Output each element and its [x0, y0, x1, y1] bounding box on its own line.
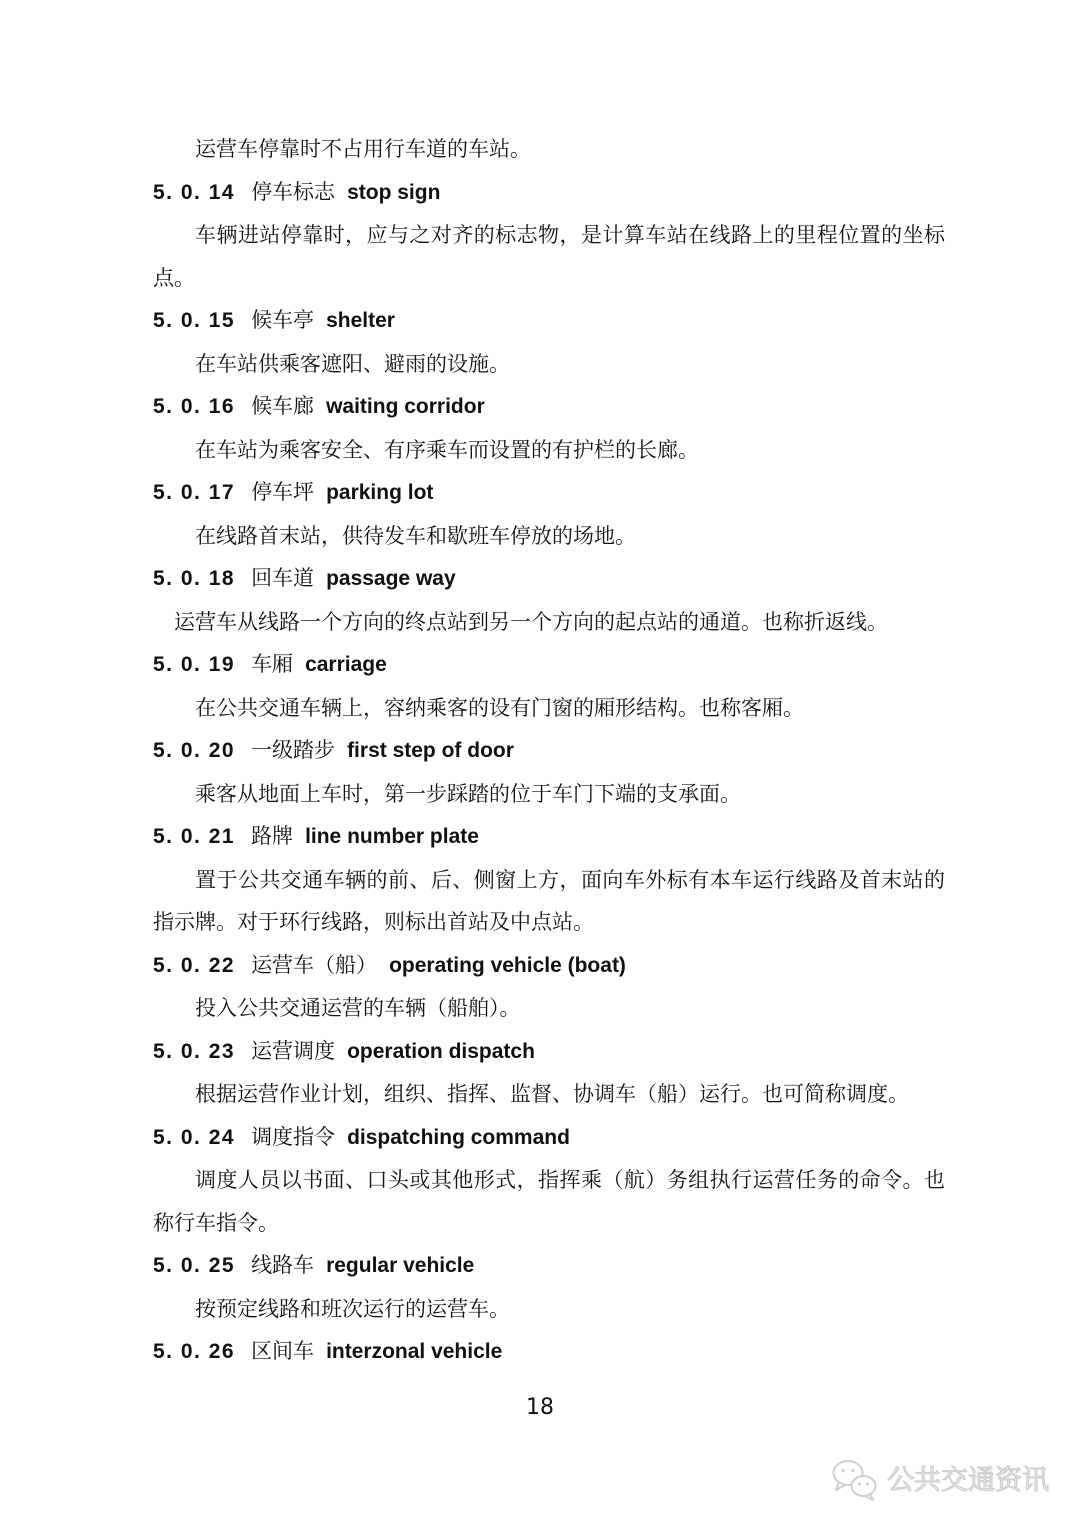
term-entry-5-0-19: 5. 0. 19车厢carriage 在公共交通车辆上，容纳乘客的设有门窗的厢形… [153, 643, 945, 729]
term-zh: 一级踏步 [251, 738, 335, 762]
term-definition: 乘客从地面上车时，第一步踩踏的位于车门下端的支承面。 [153, 773, 945, 816]
term-definition: 置于公共交通车辆的前、后、侧窗上方，面向车外标有本车运行线路及首末站的指示牌。对… [153, 859, 945, 944]
term-entry-5-0-14: 5. 0. 14停车标志stop sign 车辆进站停靠时，应与之对齐的标志物，… [153, 171, 945, 300]
term-heading: 5. 0. 17停车坪parking lot [153, 471, 945, 515]
term-en: waiting corridor [326, 395, 485, 418]
term-zh: 运营调度 [251, 1039, 335, 1063]
term-number: 5. 0. 21 [153, 825, 235, 848]
term-en: interzonal vehicle [326, 1340, 502, 1363]
term-heading: 5. 0. 23运营调度operation dispatch [153, 1030, 945, 1074]
term-definition: 根据运营作业计划，组织、指挥、监督、协调车（船）运行。也可简称调度。 [153, 1073, 945, 1116]
term-heading: 5. 0. 25线路车regular vehicle [153, 1244, 945, 1288]
term-heading: 5. 0. 24调度指令dispatching command [153, 1116, 945, 1160]
term-en: parking lot [326, 481, 433, 504]
term-definition: 在车站供乘客遮阳、避雨的设施。 [153, 343, 945, 386]
wechat-chat-bubbles-icon [831, 1458, 879, 1504]
term-heading: 5. 0. 26区间车interzonal vehicle [153, 1330, 945, 1374]
intro-paragraph: 运营车停靠时不占用行车道的车站。 [153, 128, 945, 171]
watermark-label: 公共交通资讯 [887, 1458, 1049, 1504]
term-number: 5. 0. 23 [153, 1040, 235, 1063]
term-en: regular vehicle [326, 1254, 474, 1277]
term-heading: 5. 0. 15候车亭shelter [153, 299, 945, 343]
term-en: shelter [326, 309, 395, 332]
term-entry-5-0-21: 5. 0. 21路牌line number plate 置于公共交通车辆的前、后… [153, 815, 945, 944]
term-entry-5-0-26: 5. 0. 26区间车interzonal vehicle [153, 1330, 945, 1374]
term-zh: 停车坪 [251, 480, 314, 504]
term-en: line number plate [305, 825, 479, 848]
document-page: 运营车停靠时不占用行车道的车站。 5. 0. 14停车标志stop sign 车… [0, 0, 1080, 1527]
watermark: 公共交通资讯 [831, 1458, 1049, 1504]
term-entry-5-0-20: 5. 0. 20一级踏步first step of door 乘客从地面上车时，… [153, 729, 945, 815]
term-entry-5-0-17: 5. 0. 17停车坪parking lot 在线路首末站，供待发车和歇班车停放… [153, 471, 945, 557]
term-heading: 5. 0. 21路牌line number plate [153, 815, 945, 859]
term-entry-5-0-25: 5. 0. 25线路车regular vehicle 按预定线路和班次运行的运营… [153, 1244, 945, 1330]
term-number: 5. 0. 19 [153, 653, 235, 676]
term-definition: 投入公共交通运营的车辆（船舶）。 [153, 987, 945, 1030]
term-number: 5. 0. 17 [153, 481, 235, 504]
term-number: 5. 0. 26 [153, 1340, 235, 1363]
term-zh: 候车亭 [251, 308, 314, 332]
term-definition: 在线路首末站，供待发车和歇班车停放的场地。 [153, 515, 945, 558]
term-number: 5. 0. 25 [153, 1254, 235, 1277]
term-entry-5-0-16: 5. 0. 16候车廊waiting corridor 在车站为乘客安全、有序乘… [153, 385, 945, 471]
term-zh: 候车廊 [251, 394, 314, 418]
page-number: 18 [0, 1390, 1080, 1426]
term-en: passage way [326, 567, 456, 590]
term-en: first step of door [347, 739, 514, 762]
term-zh: 区间车 [251, 1339, 314, 1363]
term-entry-5-0-22: 5. 0. 22运营车（船）operating vehicle (boat) 投… [153, 944, 945, 1030]
term-zh: 路牌 [251, 824, 293, 848]
term-heading: 5. 0. 14停车标志stop sign [153, 171, 945, 215]
term-entry-5-0-23: 5. 0. 23运营调度operation dispatch 根据运营作业计划，… [153, 1030, 945, 1116]
document-content: 运营车停靠时不占用行车道的车站。 5. 0. 14停车标志stop sign 车… [153, 128, 945, 1374]
term-heading: 5. 0. 16候车廊waiting corridor [153, 385, 945, 429]
term-en: dispatching command [347, 1126, 570, 1149]
term-zh: 回车道 [251, 566, 314, 590]
term-number: 5. 0. 14 [153, 181, 235, 204]
term-zh: 车厢 [251, 652, 293, 676]
term-number: 5. 0. 16 [153, 395, 235, 418]
term-en: stop sign [347, 181, 440, 204]
term-definition: 运营车从线路一个方向的终点站到另一个方向的起点站的通道。也称折返线。 [153, 601, 945, 644]
term-heading: 5. 0. 22运营车（船）operating vehicle (boat) [153, 944, 945, 988]
term-en: carriage [305, 653, 387, 676]
term-number: 5. 0. 22 [153, 954, 235, 977]
term-definition: 在车站为乘客安全、有序乘车而设置的有护栏的长廊。 [153, 429, 945, 472]
term-zh: 线路车 [251, 1253, 314, 1277]
term-number: 5. 0. 24 [153, 1126, 235, 1149]
term-number: 5. 0. 18 [153, 567, 235, 590]
term-number: 5. 0. 15 [153, 309, 235, 332]
term-en: operation dispatch [347, 1040, 535, 1063]
term-definition: 调度人员以书面、口头或其他形式，指挥乘（航）务组执行运营任务的命令。也称行车指令… [153, 1159, 945, 1244]
term-zh: 调度指令 [251, 1125, 335, 1149]
term-definition: 车辆进站停靠时，应与之对齐的标志物，是计算车站在线路上的里程位置的坐标点。 [153, 214, 945, 299]
term-zh: 停车标志 [251, 180, 335, 204]
term-definition: 在公共交通车辆上，容纳乘客的设有门窗的厢形结构。也称客厢。 [153, 687, 945, 730]
term-heading: 5. 0. 19车厢carriage [153, 643, 945, 687]
term-definition: 按预定线路和班次运行的运营车。 [153, 1288, 945, 1331]
term-zh: 运营车（船） [251, 953, 377, 977]
term-heading: 5. 0. 20一级踏步first step of door [153, 729, 945, 773]
term-heading: 5. 0. 18回车道passage way [153, 557, 945, 601]
term-en: operating vehicle (boat) [389, 954, 626, 977]
term-entry-5-0-15: 5. 0. 15候车亭shelter 在车站供乘客遮阳、避雨的设施。 [153, 299, 945, 385]
term-entry-5-0-18: 5. 0. 18回车道passage way 运营车从线路一个方向的终点站到另一… [153, 557, 945, 643]
term-entry-5-0-24: 5. 0. 24调度指令dispatching command 调度人员以书面、… [153, 1116, 945, 1245]
term-number: 5. 0. 20 [153, 739, 235, 762]
